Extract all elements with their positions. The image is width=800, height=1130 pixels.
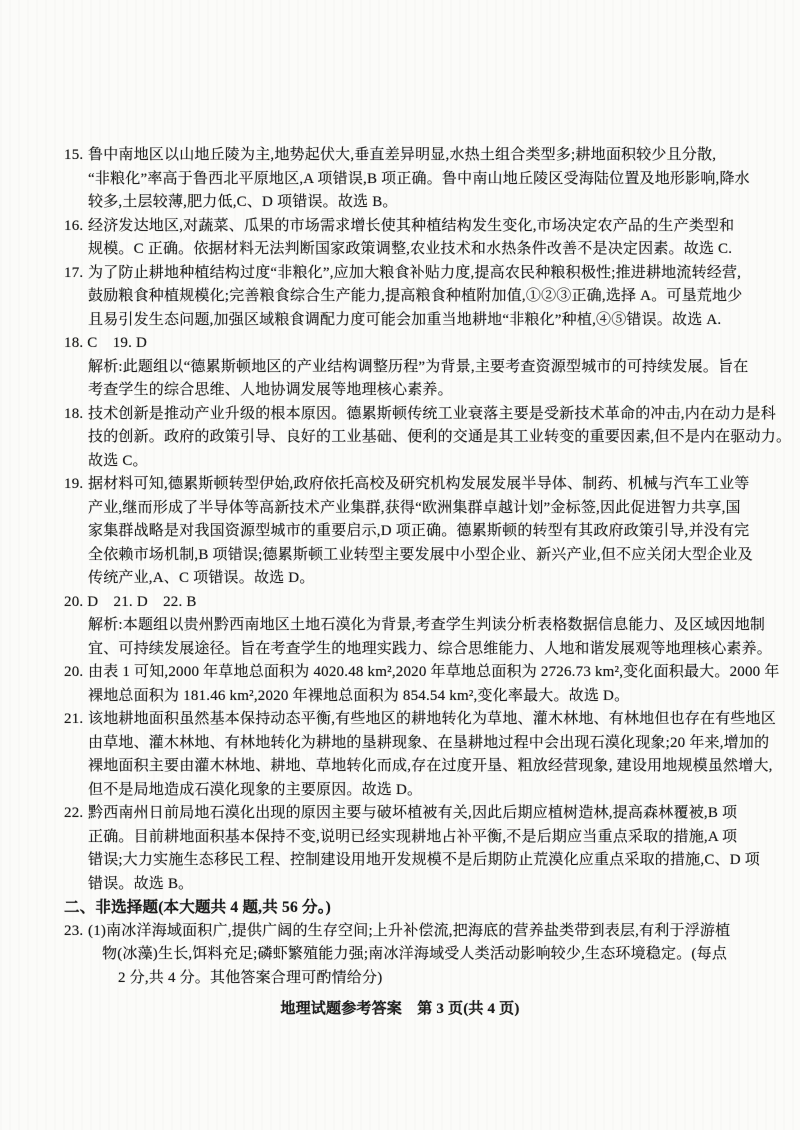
text-line: 正确。目前耕地面积基本保持不变,说明已经实现耕地占补平衡,不是后期应当重点采取的… <box>64 826 758 850</box>
answer-item-23: 23. (1)南冰洋海域面积广,提供广阔的生存空间;上升补偿流,把海底的营养盐类… <box>64 920 758 991</box>
section-heading: 二、非选择题(本大题共 4 题,共 56 分。) <box>64 896 758 920</box>
text-line: 故选 C。 <box>64 450 758 474</box>
item-number: 15. <box>64 144 88 168</box>
text-line: 且易引发生态问题,加强区域粮食调配力度可能会加重当地耕地“非粮化”种植,④⑤错误… <box>64 309 758 333</box>
text-line: 较多,土层较薄,肥力低,C、D 项错误。故选 B。 <box>64 191 758 215</box>
text-line: 20. D 21. D 22. B <box>64 591 758 615</box>
analysis-note: 解析:此题组以“德累斯顿地区的产业结构调整历程”为背景,主要考查资源型城市的可持… <box>64 356 758 403</box>
text-line: “非粮化”率高于鲁西北平原地区,A 项错误,B 项正确。鲁中南山地丘陵区受海陆位… <box>64 168 758 192</box>
text-line: 20. 由表 1 可知,2000 年草地总面积为 4020.48 km²,202… <box>64 661 758 685</box>
answer-item-16: 16. 经济发达地区,对蔬菜、瓜果的市场需求增长使其种植结构发生变化,市场决定农… <box>64 215 758 262</box>
analysis-note: 解析:本题组以贵州黔西南地区土地石漠化为背景,考查学生判读分析表格数据信息能力、… <box>64 614 758 661</box>
item-number: 22. <box>64 802 88 826</box>
text-line: 18. C 19. D <box>64 332 758 356</box>
text-line: 21. 该地耕地面积虽然基本保持动态平衡,有些地区的耕地转化为草地、灌木林地、有… <box>64 708 758 732</box>
item-number: 21. <box>64 708 88 732</box>
answer-item-15: 15. 鲁中南地区以山地丘陵为主,地势起伏大,垂直差异明显,水热土组合类型多;耕… <box>64 144 758 215</box>
text-line: 家集群战略是对我国资源型城市的重要启示,D 项正确。德累斯顿的转型有其政府政策引… <box>64 520 758 544</box>
text-line: 19. 据材料可知,德累斯顿转型伊始,政府依托高校及研究机构发展发展半导体、制药… <box>64 473 758 497</box>
item-number: 20. <box>64 661 88 685</box>
text-line: 错误;大力实施生态移民工程、控制建设用地开发规模不是后期防止荒漠化应重点采取的措… <box>64 849 758 873</box>
answer-key-line: 20. D 21. D 22. B <box>64 591 758 615</box>
text-line: 全依赖市场机制,B 项错误;德累斯顿工业转型主要发展中小型企业、新兴产业,但不应… <box>64 544 758 568</box>
text-line: 物(冰藻)生长,饵料充足;磷虾繁殖能力强;南冰洋海域受人类活动影响较少,生态环境… <box>64 943 758 967</box>
text-line: 二、非选择题(本大题共 4 题,共 56 分。) <box>64 896 758 920</box>
text-line: 裸地面积主要由灌木林地、耕地、草地转化而成,存在过度开垦、粗放经营现象, 建设用… <box>64 755 758 779</box>
text-line: 由草地、灌木林地、有林地转化为耕地的垦耕现象、在垦耕地过程中会出现石漠化现象;2… <box>64 732 758 756</box>
item-number: 16. <box>64 215 88 239</box>
text-line: 18. 技术创新是推动产业升级的根本原因。德累斯顿传统工业衰落主要是受新技术革命… <box>64 403 758 427</box>
text-line: 考查学生的综合思维、人地协调发展等地理核心素养。 <box>64 379 758 403</box>
text-line: 22. 黔西南州日前局地石漠化出现的原因主要与破坏植被有关,因此后期应植树造林,… <box>64 802 758 826</box>
item-number: 18. <box>64 403 88 427</box>
answer-item-17: 17. 为了防止耕地种植结构过度“非粮化”,应加大粮食补贴力度,提高农民种粮积极… <box>64 262 758 333</box>
text-line: 鼓励粮食种植规模化;完善粮食综合生产能力,提高粮食种植附加值,①②③正确,选择 … <box>64 285 758 309</box>
answer-item-18: 18. 技术创新是推动产业升级的根本原因。德累斯顿传统工业衰落主要是受新技术革命… <box>64 403 758 474</box>
item-number: 19. <box>64 473 88 497</box>
answer-key-body: 15. 鲁中南地区以山地丘陵为主,地势起伏大,垂直差异明显,水热土组合类型多;耕… <box>64 144 758 990</box>
answer-item-21: 21. 该地耕地面积虽然基本保持动态平衡,有些地区的耕地转化为草地、灌木林地、有… <box>64 708 758 802</box>
text-line: 但不是局地造成石漠化现象的主要原因。故选 D。 <box>64 779 758 803</box>
text-line: 15. 鲁中南地区以山地丘陵为主,地势起伏大,垂直差异明显,水热土组合类型多;耕… <box>64 144 758 168</box>
text-line: 宜、可持续发展途径。旨在考查学生的地理实践力、综合思维能力、人地和谐发展观等地理… <box>64 638 758 662</box>
text-line: 技的创新。政府的政策引导、良好的工业基础、便利的交通是其工业转变的重要因素,但不… <box>64 426 758 450</box>
scanned-page: 15. 鲁中南地区以山地丘陵为主,地势起伏大,垂直差异明显,水热土组合类型多;耕… <box>0 0 800 1130</box>
item-number: 17. <box>64 262 88 286</box>
text-line: 解析:此题组以“德累斯顿地区的产业结构调整历程”为背景,主要考查资源型城市的可持… <box>64 356 758 380</box>
text-line: 规模。C 正确。依据材料无法判断国家政策调整,农业技术和水热条件改善不是决定因素… <box>64 238 758 262</box>
text-line: 产业,继而形成了半导体等高新技术产业集群,获得“欧洲集群卓越计划”金标签,因此促… <box>64 497 758 521</box>
text-line: 16. 经济发达地区,对蔬菜、瓜果的市场需求增长使其种植结构发生变化,市场决定农… <box>64 215 758 239</box>
text-line: 23. (1)南冰洋海域面积广,提供广阔的生存空间;上升补偿流,把海底的营养盐类… <box>64 920 758 944</box>
text-line: 错误。故选 B。 <box>64 873 758 897</box>
text-line: 17. 为了防止耕地种植结构过度“非粮化”,应加大粮食补贴力度,提高农民种粮积极… <box>64 262 758 286</box>
answer-item-22: 22. 黔西南州日前局地石漠化出现的原因主要与破坏植被有关,因此后期应植树造林,… <box>64 802 758 896</box>
page-footer: 地理试题参考答案 第 3 页(共 4 页) <box>0 998 800 1022</box>
text-line: 裸地总面积为 181.46 km²,2020 年裸地总面积为 854.54 km… <box>64 685 758 709</box>
item-number: 23. <box>64 920 88 944</box>
text-line: 传统产业,A、C 项错误。故选 D。 <box>64 567 758 591</box>
text-line: 解析:本题组以贵州黔西南地区土地石漠化为背景,考查学生判读分析表格数据信息能力、… <box>64 614 758 638</box>
answer-item-20: 20. 由表 1 可知,2000 年草地总面积为 4020.48 km²,202… <box>64 661 758 708</box>
answer-item-19: 19. 据材料可知,德累斯顿转型伊始,政府依托高校及研究机构发展发展半导体、制药… <box>64 473 758 591</box>
text-line: 2 分,共 4 分。其他答案合理可酌情给分) <box>64 967 758 991</box>
answer-key-line: 18. C 19. D <box>64 332 758 356</box>
